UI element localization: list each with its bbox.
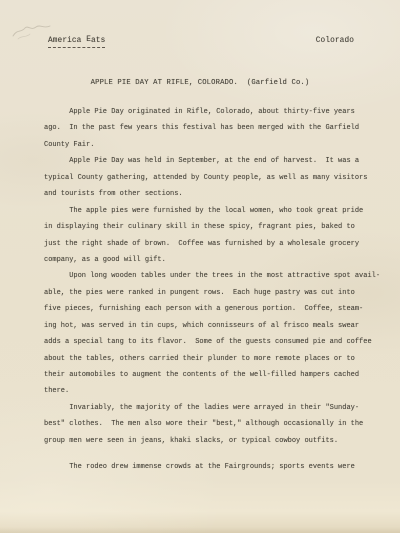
- series-label-prefix: America: [48, 37, 86, 45]
- paragraph: The rodeo drew immense crowds at the Fai…: [44, 459, 382, 475]
- series-label-raised-letter: E: [86, 36, 91, 44]
- paragraph: The apple pies were furnished by the loc…: [44, 203, 382, 269]
- text-line: company, as a good will gift.: [44, 252, 382, 268]
- document-body: Apple Pie Day originated in Rifle, Color…: [44, 104, 382, 476]
- paper-bottom-edge: [0, 527, 400, 533]
- text-line: best" clothes. The men also wore their "…: [44, 416, 382, 432]
- paragraph: Upon long wooden tables under the trees …: [44, 268, 382, 400]
- text-line: ago. In the past few years this festival…: [44, 120, 382, 136]
- text-line: about the tables, others carried their p…: [44, 351, 382, 367]
- manuscript-page: America Eats Colorado APPLE PIE DAY AT R…: [0, 0, 400, 533]
- paragraph: Apple Pie Day was held in September, at …: [44, 153, 382, 202]
- series-label-suffix: ats: [91, 37, 105, 45]
- text-line: The apple pies were furnished by the loc…: [44, 203, 382, 219]
- text-line: group men were seen in jeans, khaki slac…: [44, 433, 382, 449]
- text-line: their automobiles to augment the content…: [44, 367, 382, 383]
- text-line: Upon long wooden tables under the trees …: [44, 268, 382, 284]
- text-line: County Fair.: [44, 137, 382, 153]
- state-label: Colorado: [316, 37, 354, 48]
- text-line: there.: [44, 383, 382, 399]
- text-line: Invariably, the majority of the ladies w…: [44, 400, 382, 416]
- text-line: and tourists from other sections.: [44, 186, 382, 202]
- text-line: Apple Pie Day was held in September, at …: [44, 153, 382, 169]
- paragraph: Invariably, the majority of the ladies w…: [44, 400, 382, 449]
- text-line: The rodeo drew immense crowds at the Fai…: [44, 459, 382, 475]
- text-line: ing hot, was served in tin cups, which c…: [44, 318, 382, 334]
- text-line: Apple Pie Day originated in Rifle, Color…: [44, 104, 382, 120]
- text-line: five pieces, furnishing each person with…: [44, 301, 382, 317]
- page-header: America Eats Colorado: [48, 37, 354, 48]
- text-line: adds a special tang to its flavor. Some …: [44, 334, 382, 350]
- text-line: in displaying their culinary skill in th…: [44, 219, 382, 235]
- text-line: typical County gathering, attended by Co…: [44, 170, 382, 186]
- text-line: able, the pies were ranked in pungent ro…: [44, 285, 382, 301]
- document-title: APPLE PIE DAY AT RIFLE, COLORADO. (Garfi…: [0, 79, 400, 87]
- paragraph: Apple Pie Day originated in Rifle, Color…: [44, 104, 382, 153]
- text-line: just the right shade of brown. Coffee wa…: [44, 236, 382, 252]
- series-label: America Eats: [48, 37, 105, 48]
